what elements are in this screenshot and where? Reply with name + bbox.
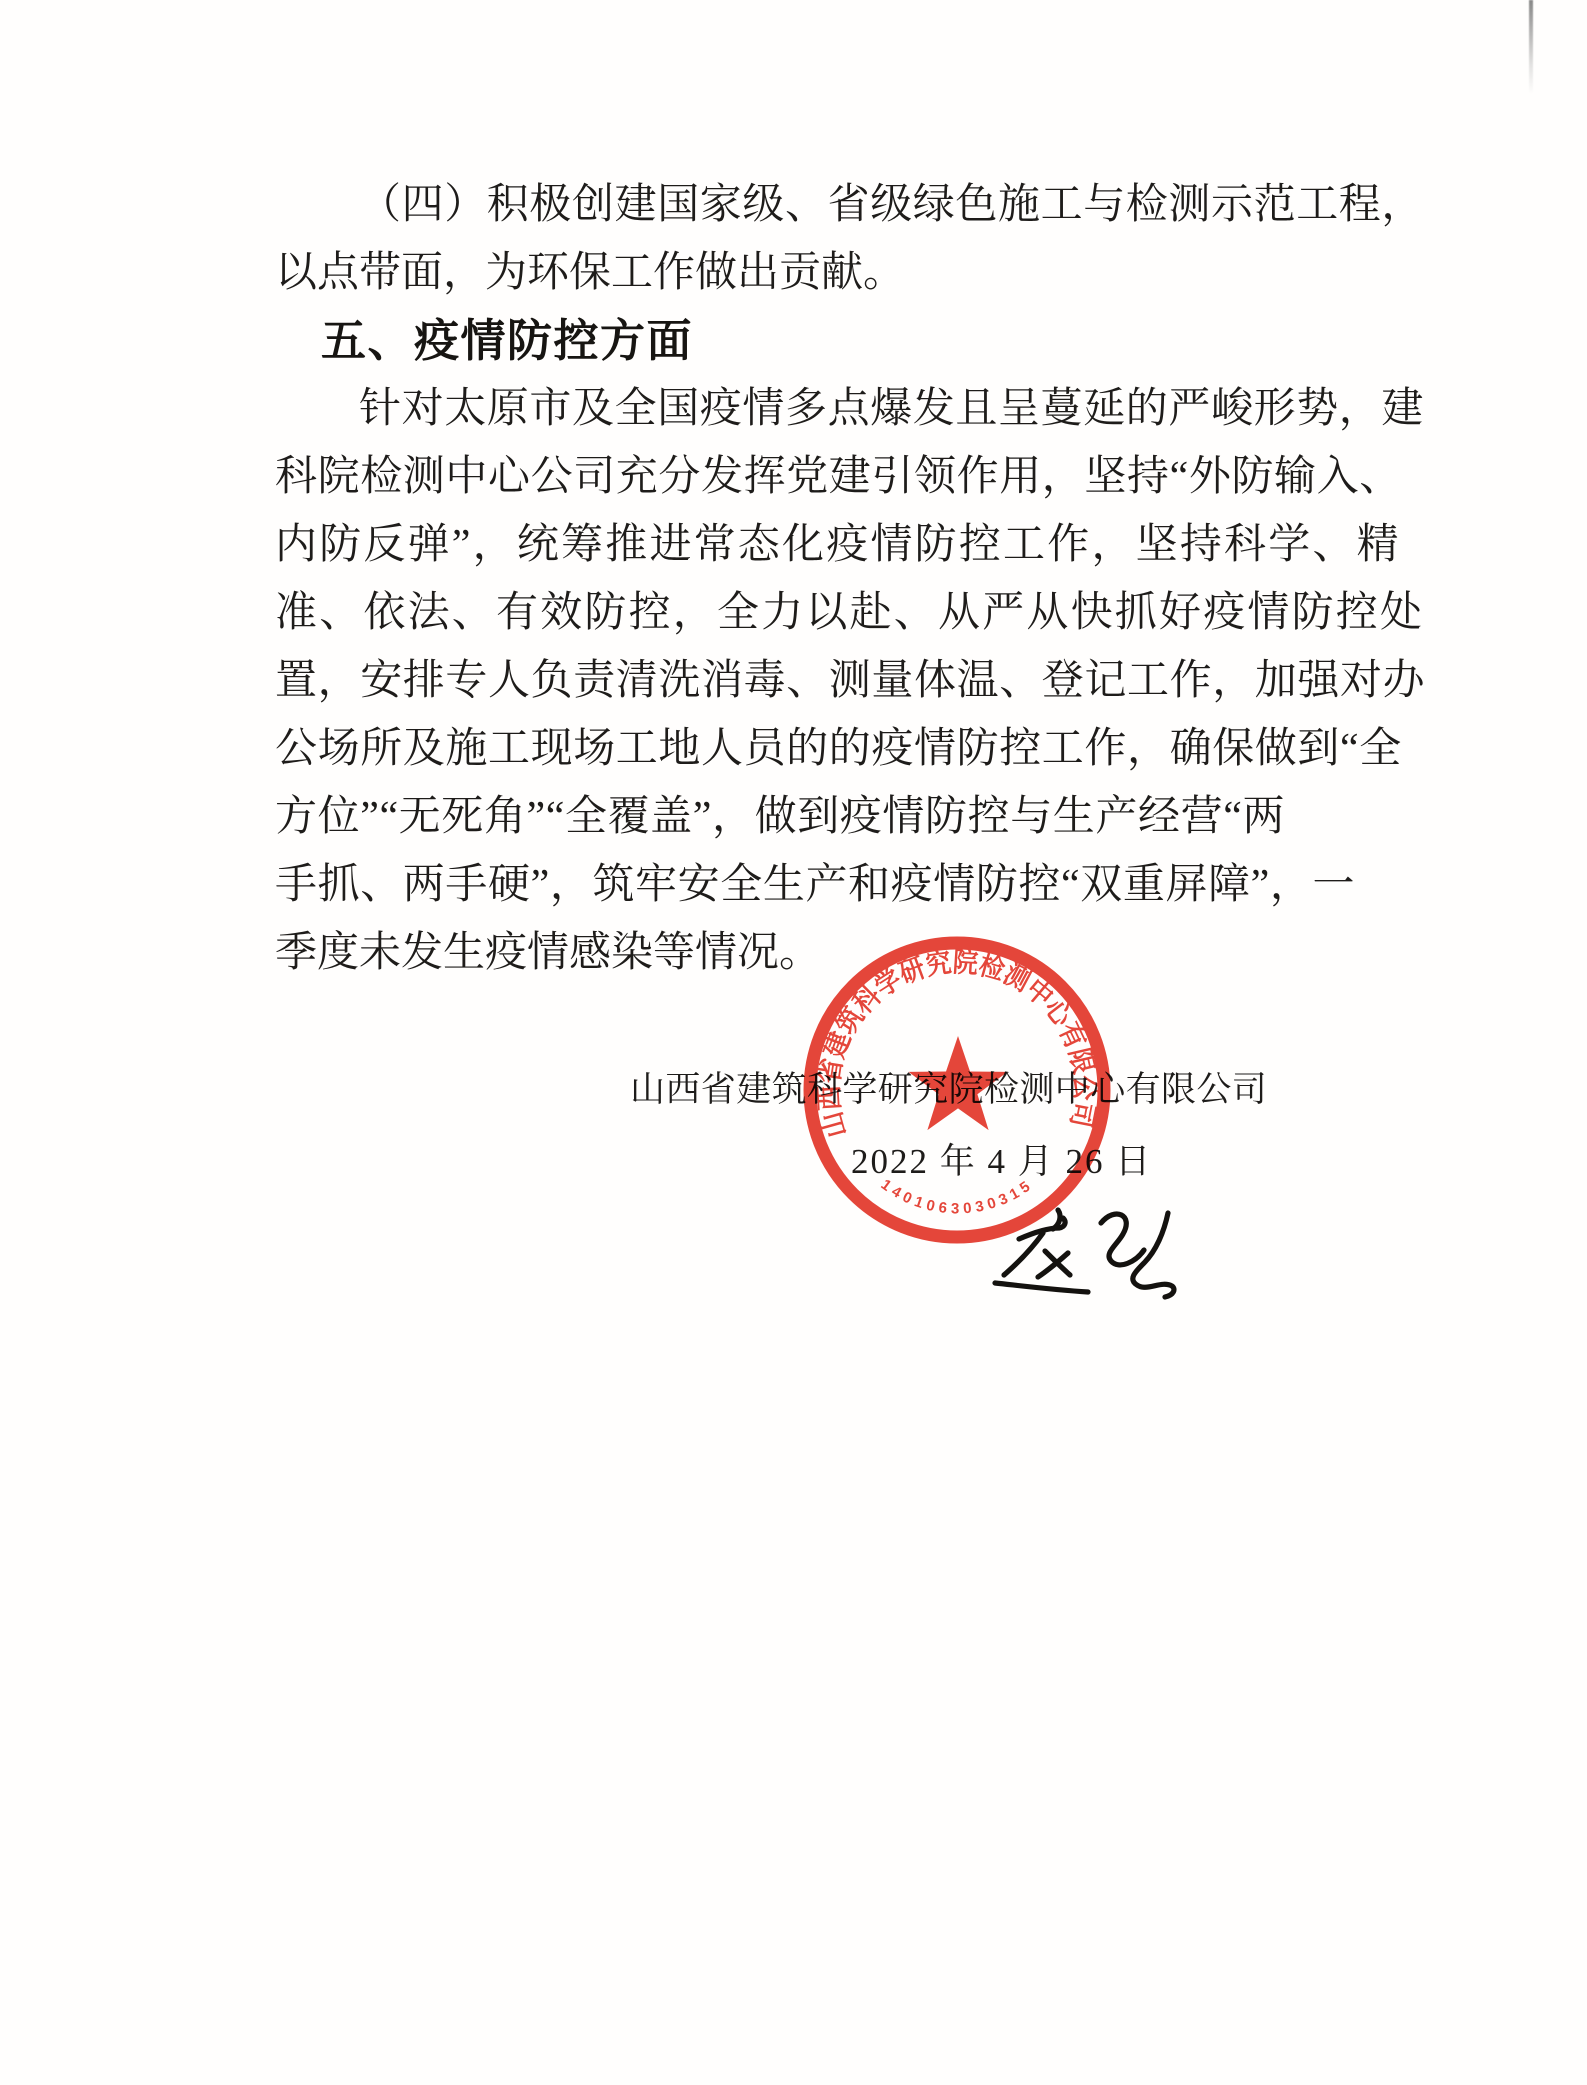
covid-paragraph-line: 方位”“无死角”“全覆盖”，做到疫情防控与生产经营“两 — [275, 783, 1427, 851]
covid-paragraph-line: 针对太原市及全国疫情多点爆发且呈蔓延的严峻形势，建 — [275, 375, 1427, 443]
handwritten-signature — [975, 1198, 1190, 1323]
document-body: （四）积极创建国家级、省级绿色施工与检测示范工程， 以点带面，为环保工作做出贡献… — [275, 171, 1427, 987]
covid-paragraph-line: 准、依法、有效防控，全力以赴、从严从快抓好疫情防控处 — [275, 579, 1427, 647]
covid-paragraph-line: 手抓、两手硬”，筑牢安全生产和疫情防控“双重屏障”，一 — [275, 851, 1427, 919]
covid-paragraph-line: 置，安排专人负责清洗消毒、测量体温、登记工作，加强对办 — [275, 647, 1427, 715]
covid-paragraph-line: 内防反弹”，统筹推进常态化疫情防控工作，坚持科学、精 — [275, 511, 1427, 579]
section-heading: 五、疫情防控方面 — [275, 307, 1427, 375]
seal-star-icon — [909, 1036, 1008, 1130]
covid-paragraph-line: 公场所及施工现场工地人员的的疫情防控工作，确保做到“全 — [275, 715, 1427, 783]
signature-stroke — [1101, 1214, 1144, 1265]
paragraph-env-line-2: 以点带面，为环保工作做出贡献。 — [275, 239, 1427, 307]
covid-paragraph-line: 科院检测中心公司充分发挥党建引领作用，坚持“外防输入、 — [275, 443, 1427, 511]
signature-stroke — [995, 1283, 1088, 1292]
scanned-document-page: （四）积极创建国家级、省级绿色施工与检测示范工程， 以点带面，为环保工作做出贡献… — [0, 0, 1587, 2085]
paragraph-env-line-1: （四）积极创建国家级、省级绿色施工与检测示范工程， — [275, 171, 1427, 239]
scanner-artifact-line — [1529, 0, 1533, 94]
